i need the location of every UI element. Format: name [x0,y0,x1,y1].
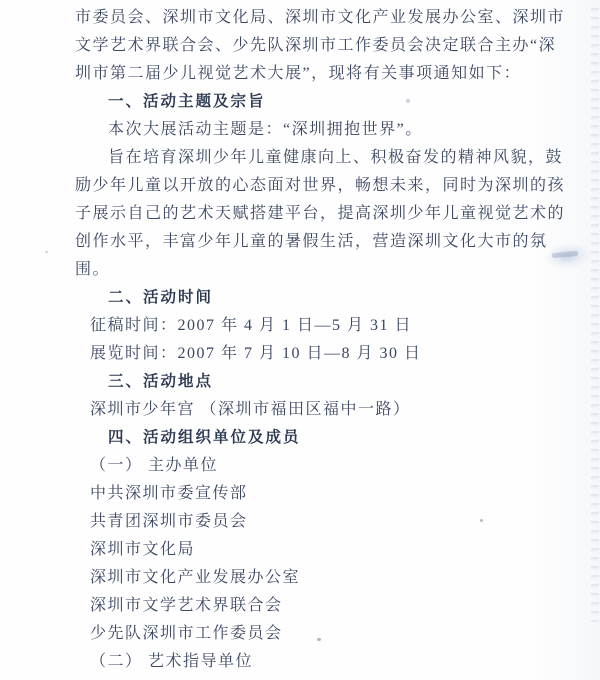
organizer-name: 中共深圳市委宣传部 [75,480,585,508]
notice-text-column: 市委员会、深圳市文化局、深圳市文化产业发展办公室、深圳市 文学艺术界联合会、少先… [75,4,585,676]
organizer-name: 少先队深圳市工作委员会 [75,620,585,648]
section-heading-theme: 一、活动主题及宗旨 [75,88,585,116]
notice-intro-line: 文学艺术界联合会、少先队深圳市工作委员会决定联合主办“深 [75,32,585,60]
organizer-name: 共青团深圳市委员会 [75,508,585,536]
section-heading-organizers: 四、活动组织单位及成员 [75,424,585,452]
subsection-host-units: （一） 主办单位 [75,452,585,480]
organizer-name: 深圳市文学艺术界联合会 [75,592,585,620]
notice-intro-line: 圳市第二届少儿视觉艺术大展”，现将有关事项通知如下： [75,60,585,88]
scan-bleedthrough-marks [591,8,599,622]
scan-speck [45,251,48,253]
paragraph-theme-statement: 本次大展活动主题是：“深圳拥抱世界”。 [75,116,585,144]
section-heading-location: 三、活动地点 [75,368,585,396]
organizer-name: 深圳市文化产业发展办公室 [75,564,585,592]
exhibition-period-line: 展览时间：2007 年 7 月 10 日—8 月 30 日 [75,340,585,368]
paragraph-purpose-line: 围。 [75,256,585,284]
paragraph-purpose-line: 创作水平，丰富少年儿童的暑假生活，营造深圳文化大市的氛 [75,228,585,256]
section-heading-time: 二、活动时间 [75,284,585,312]
submission-period-line: 征稿时间：2007 年 4 月 1 日—5 月 31 日 [75,312,585,340]
paragraph-purpose-line: 旨在培育深圳少年儿童健康向上、积极奋发的精神风貌，鼓 [75,144,585,172]
location-line: 深圳市少年宫 （深圳市福田区福中一路） [75,396,585,424]
paragraph-purpose-line: 励少年儿童以开放的心态面对世界，畅想未来，同时为深圳的孩 [75,172,585,200]
document-page: 市委员会、深圳市文化局、深圳市文化产业发展办公室、深圳市 文学艺术界联合会、少先… [0,0,600,680]
paragraph-purpose-line: 子展示自己的艺术天赋搭建平台，提高深圳少年儿童视觉艺术的 [75,200,585,228]
organizer-name: 深圳市文化局 [75,536,585,564]
subsection-art-guidance-units: （二） 艺术指导单位 [75,648,585,676]
notice-intro-line: 市委员会、深圳市文化局、深圳市文化产业发展办公室、深圳市 [75,4,585,32]
